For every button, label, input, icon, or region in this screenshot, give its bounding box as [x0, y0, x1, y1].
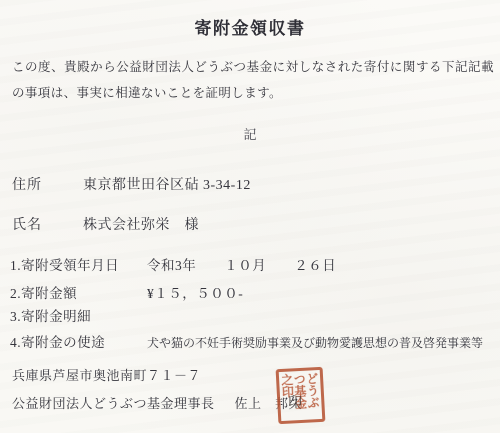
item-donation-date: 1.寄附受領年月日令和3年 １０月 ２６日: [10, 254, 336, 274]
item-label: 2.寄附金額: [10, 282, 147, 302]
item-donation-amount: 2.寄附金額¥１５，５００-: [10, 282, 243, 302]
item-label: 4.寄附金の使途: [10, 331, 147, 351]
certification-statement: この度、貴殿から公益財団法人どうぶつ基金に対しなされた寄付に関する下記記載の事項…: [12, 54, 494, 106]
item-label: 1.寄附受領年月日: [10, 254, 147, 274]
item-value: ¥１５，５００-: [147, 286, 243, 301]
address-value: 東京都世田谷区砧 3-34-12: [83, 178, 251, 193]
name-label: 氏名: [12, 214, 83, 234]
receipt-document: 寄附金領収書 この度、貴殿から公益財団法人どうぶつ基金に対しなされた寄付に関する…: [0, 0, 500, 433]
issuer-signature-row: 公益財団法人どうぶつ基金理事長佐上 邦久: [12, 393, 302, 412]
issuer-organization-title: 公益財団法人どうぶつ基金理事長: [12, 396, 215, 411]
recipient-address-row: 住所東京都世田谷区砧 3-34-12: [12, 174, 251, 194]
item-donation-detail: 3.寄附金明細: [10, 305, 147, 325]
section-marker: 記: [0, 124, 500, 143]
document-title: 寄附金領収書: [0, 14, 500, 39]
item-label: 3.寄附金明細: [10, 305, 147, 325]
name-value: 株式会社弥栄 様: [83, 218, 199, 233]
issuer-address: 兵庫県芦屋市奥池南町７１－７: [12, 365, 201, 384]
item-donation-purpose: 4.寄附金の使途犬や猫の不妊手術奨励事業及び動物愛護思想の普及啓発事業等: [10, 331, 483, 351]
item-value: 令和3年 １０月 ２６日: [147, 258, 336, 273]
item-value: 犬や猫の不妊手術奨励事業及び動物愛護思想の普及啓発事業等: [147, 336, 483, 350]
recipient-name-row: 氏名株式会社弥栄 様: [12, 214, 199, 234]
seal-mark-character: 印: [288, 392, 302, 412]
address-label: 住所: [12, 174, 83, 194]
